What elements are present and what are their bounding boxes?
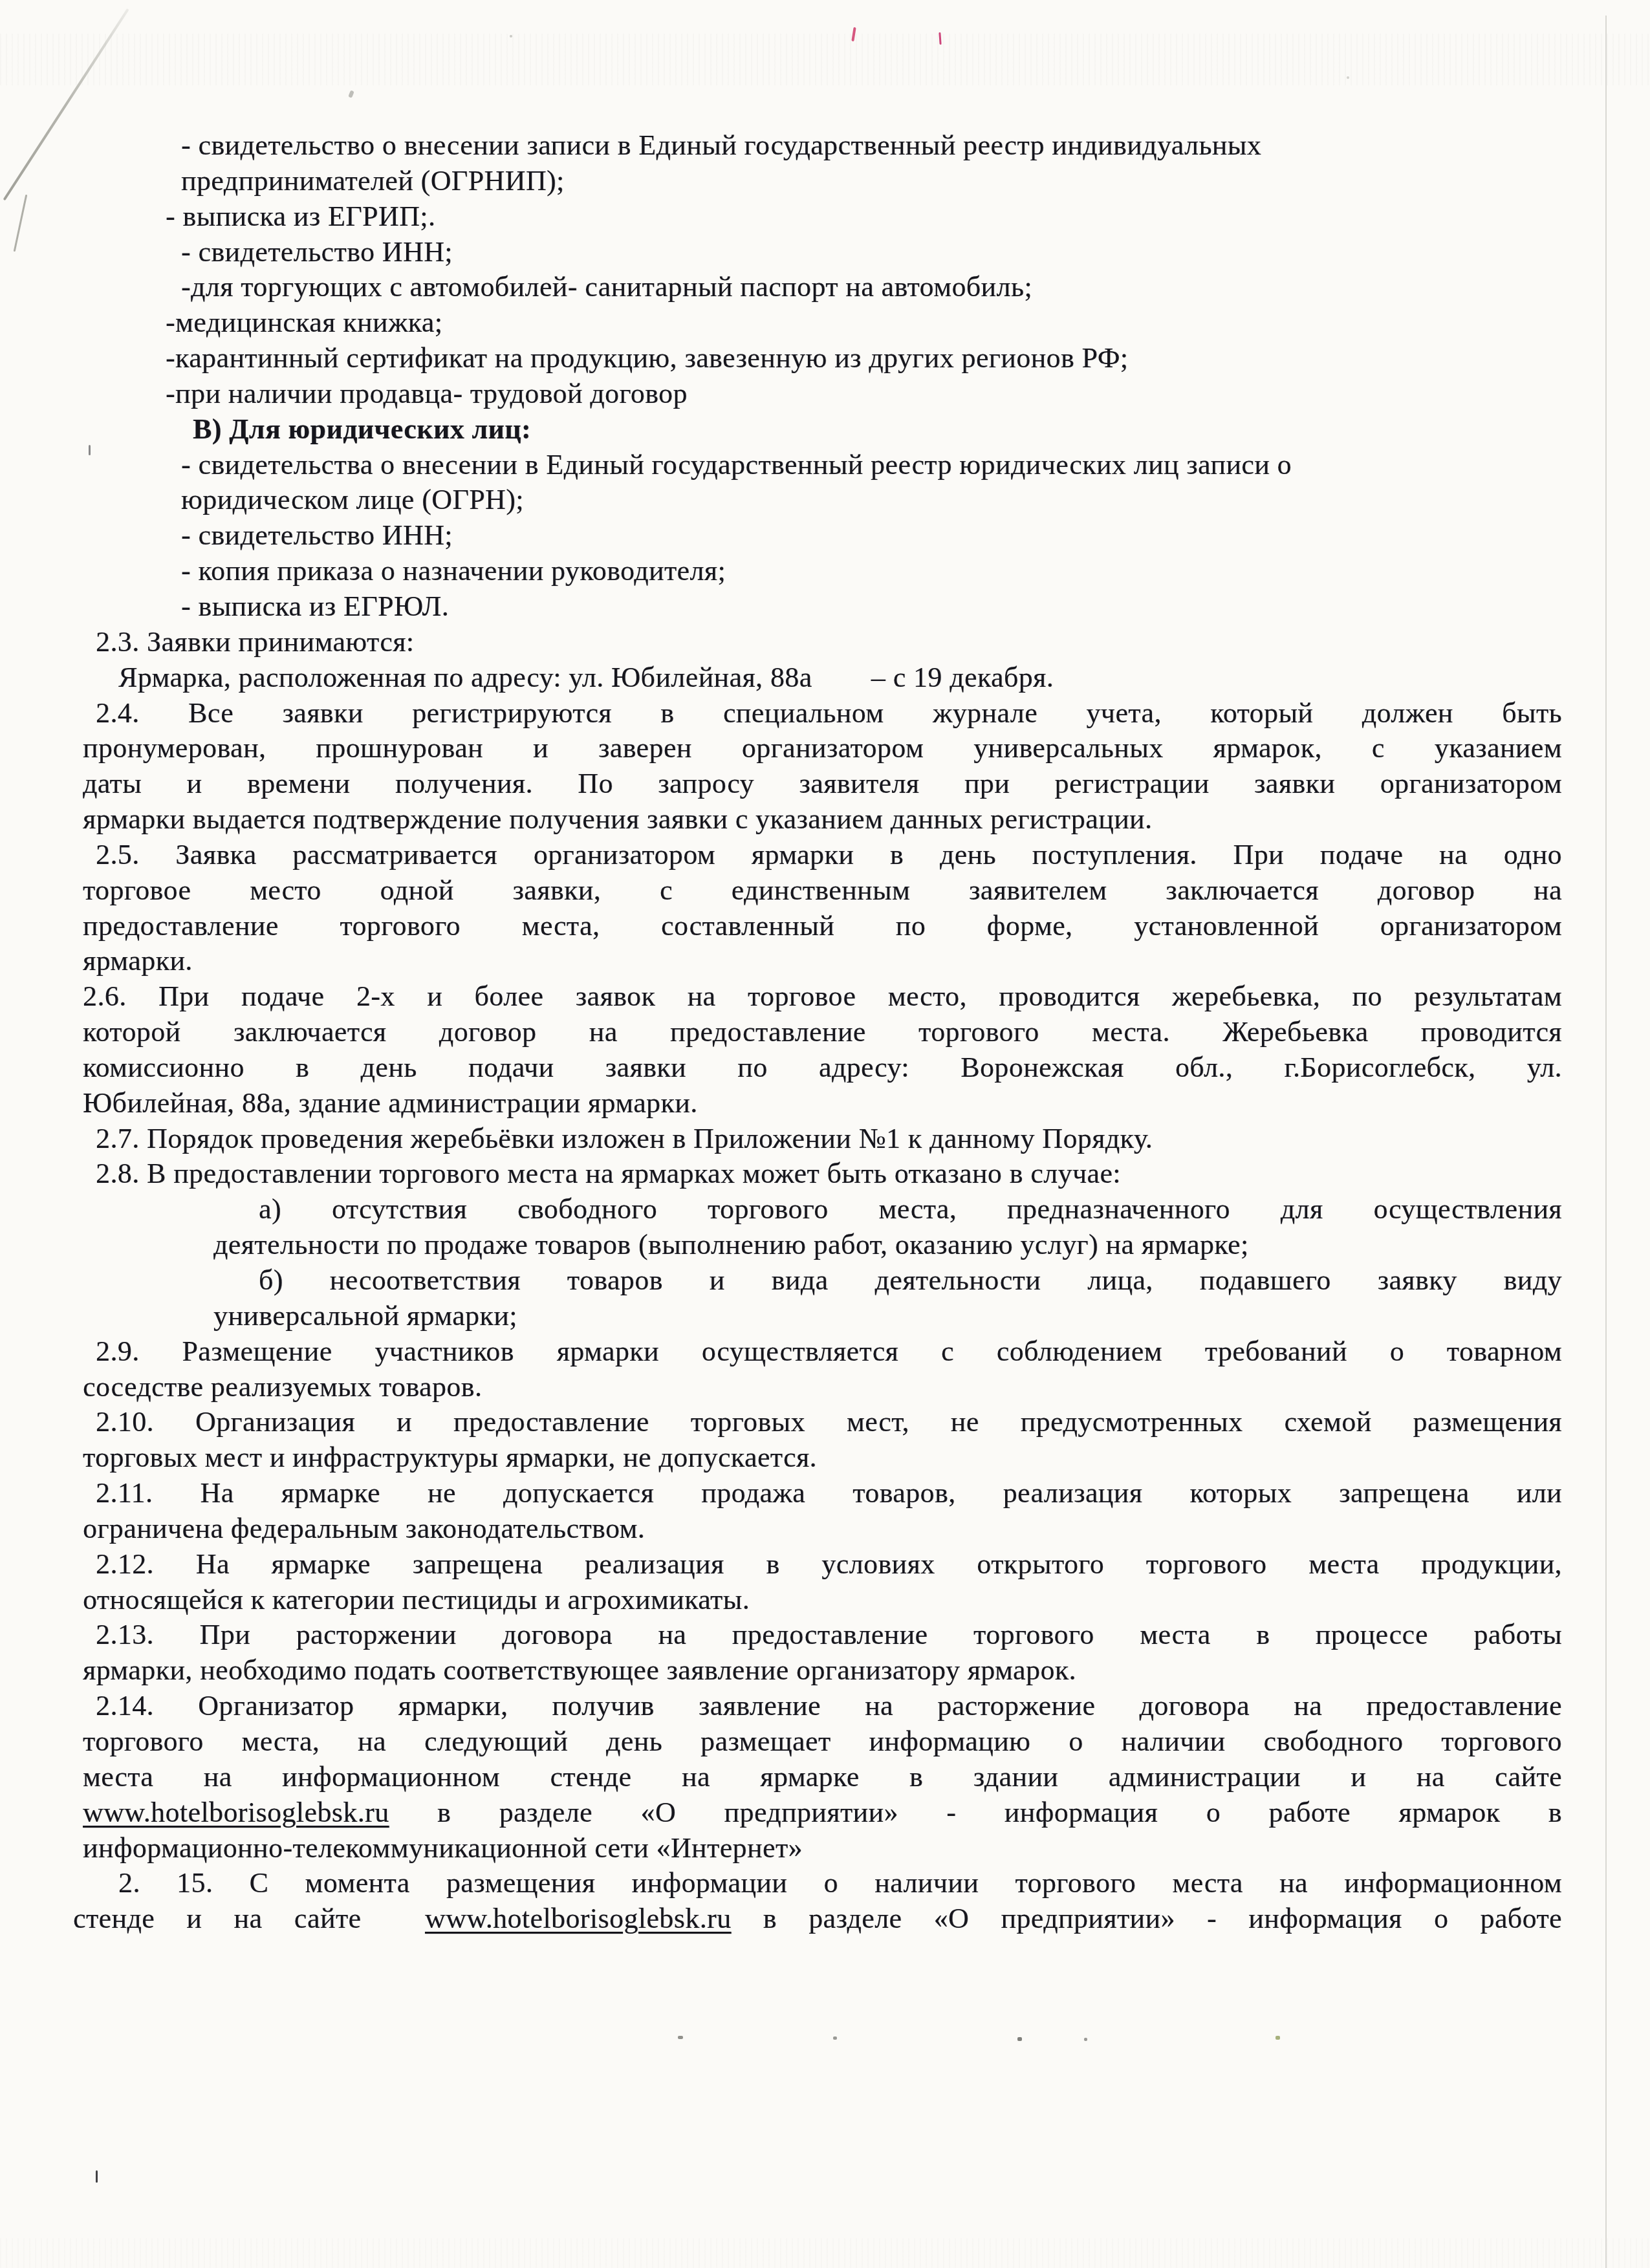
- text-segment: 2.10. Организация и предоставление торго…: [96, 1406, 1562, 1438]
- text-segment: торговых мест и инфраструктуры ярмарки, …: [83, 1442, 817, 1473]
- text-segment: в разделе «О предприятии» - информация о…: [389, 1797, 1562, 1828]
- text-line: -карантинный сертификат на продукцию, за…: [0, 341, 1650, 376]
- text-line: универсальной ярмарки;: [0, 1299, 1650, 1334]
- text-segment: предоставление торгового места, составле…: [83, 910, 1562, 942]
- text-segment: деятельности по продаже товаров (выполне…: [213, 1229, 1249, 1260]
- text-line: торговых мест и инфраструктуры ярмарки, …: [0, 1440, 1650, 1476]
- text-line: - свидетельства о внесении в Единый госу…: [0, 448, 1650, 483]
- text-line: -при наличии продавца- трудовой договор: [0, 376, 1650, 412]
- text-line: которой заключается договор на предостав…: [0, 1015, 1650, 1050]
- text-line: относящейся к категории пестициды и агро…: [0, 1582, 1650, 1618]
- text-line: соседстве реализуемых товаров.: [0, 1370, 1650, 1405]
- text-segment: 2.11. На ярмарке не допускается продажа …: [96, 1477, 1562, 1509]
- text-line: ярмарки, необходимо подать соответствующ…: [0, 1653, 1650, 1689]
- text-segment: универсальной ярмарки;: [213, 1300, 517, 1332]
- text-line: 2. 15. С момента размещения информации о…: [0, 1866, 1650, 1901]
- text-line: 2.13. При расторжении договора на предос…: [0, 1617, 1650, 1653]
- text-line: www.hotelborisoglebsk.ru в разделе «О пр…: [0, 1795, 1650, 1831]
- text-segment: ярмарки.: [83, 945, 193, 977]
- text-segment: 2.13. При расторжении договора на предос…: [96, 1619, 1562, 1650]
- text-segment: -медицинская книжка;: [166, 307, 442, 338]
- text-segment: предпринимателей (ОГРНИП);: [181, 165, 565, 197]
- text-line: даты и времени получения. По запросу зая…: [0, 766, 1650, 802]
- text-segment: стенде и на сайте: [73, 1903, 425, 1934]
- text-segment: - выписка из ЕГРИП;.: [166, 200, 435, 232]
- text-segment: 2.4. Все заявки регистрируются в специал…: [96, 697, 1562, 729]
- dust-speck: [1084, 2038, 1087, 2041]
- text-segment: ярмарки выдается подтверждение получения…: [83, 803, 1152, 835]
- text-segment: торгового места, на следующий день разме…: [83, 1725, 1562, 1757]
- dust-speck: [96, 2170, 98, 2183]
- text-segment: - свидетельства о внесении в Единый госу…: [181, 449, 1292, 481]
- text-segment: соседстве реализуемых товаров.: [83, 1371, 482, 1403]
- website-link[interactable]: www.hotelborisoglebsk.ru: [425, 1903, 732, 1934]
- text-segment: места на информационном стенде на ярмарк…: [83, 1761, 1562, 1793]
- text-segment: ярмарки, необходимо подать соответствующ…: [83, 1654, 1076, 1686]
- text-line: места на информационном стенде на ярмарк…: [0, 1760, 1650, 1795]
- scanner-streaks-bottom: [0, 2238, 1650, 2268]
- dust-speck: [678, 2036, 683, 2039]
- text-segment: Ярмарка, расположенная по адресу: ул. Юб…: [118, 662, 1054, 693]
- text-line: -для торгующих с автомобилей- санитарный…: [0, 270, 1650, 305]
- text-segment: торговое место одной заявки, с единствен…: [83, 874, 1562, 906]
- text-segment: 2.12. На ярмарке запрещена реализация в …: [96, 1548, 1562, 1580]
- text-line: 2.6. При подаче 2-х и более заявок на то…: [0, 979, 1650, 1015]
- text-line: ограничена федеральным законодательством…: [0, 1511, 1650, 1547]
- text-line: 2.9. Размещение участников ярмарки осуще…: [0, 1334, 1650, 1370]
- text-line: торговое место одной заявки, с единствен…: [0, 873, 1650, 909]
- text-segment: - свидетельство ИНН;: [181, 236, 453, 268]
- dust-speck: [1275, 2036, 1280, 2040]
- text-line: комиссионно в день подачи заявки по адре…: [0, 1050, 1650, 1086]
- text-segment: 2.14. Организатор ярмарки, получив заявл…: [96, 1690, 1562, 1722]
- text-line: предоставление торгового места, составле…: [0, 909, 1650, 944]
- text-segment: 2.9. Размещение участников ярмарки осуще…: [96, 1335, 1562, 1367]
- text-line: б) несоответствия товаров и вида деятель…: [0, 1263, 1650, 1299]
- text-segment: Юбилейная, 88а, здание администрации ярм…: [83, 1087, 698, 1119]
- dust-speck: [510, 35, 512, 38]
- dust-speck: [1347, 76, 1349, 79]
- text-segment: - свидетельство ИНН;: [181, 519, 453, 551]
- text-line: - свидетельство ИНН;: [0, 235, 1650, 270]
- text-line: ярмарки выдается подтверждение получения…: [0, 802, 1650, 837]
- text-segment: 2.8. В предоставлении торгового места на…: [96, 1158, 1121, 1189]
- text-line: 2.5. Заявка рассматривается организаторо…: [0, 837, 1650, 873]
- text-line: 2.14. Организатор ярмарки, получив заявл…: [0, 1689, 1650, 1724]
- text-segment: -при наличии продавца- трудовой договор: [166, 378, 688, 409]
- text-line: - копия приказа о назначении руководител…: [0, 554, 1650, 589]
- text-line: 2.11. На ярмарке не допускается продажа …: [0, 1476, 1650, 1511]
- website-link[interactable]: www.hotelborisoglebsk.ru: [83, 1797, 389, 1828]
- text-line: 2.4. Все заявки регистрируются в специал…: [0, 696, 1650, 731]
- text-segment: -карантинный сертификат на продукцию, за…: [166, 342, 1128, 374]
- text-segment: б) несоответствия товаров и вида деятель…: [259, 1264, 1562, 1296]
- text-line: стенде и на сайте www.hotelborisoglebsk.…: [0, 1901, 1650, 1937]
- text-line: Юбилейная, 88а, здание администрации ярм…: [0, 1086, 1650, 1121]
- text-line: деятельности по продаже товаров (выполне…: [0, 1227, 1650, 1263]
- text-segment: 2.7. Порядок проведения жеребьёвки излож…: [96, 1123, 1153, 1154]
- document-body: - свидетельство о внесении записи в Един…: [0, 128, 1650, 1937]
- text-line: предпринимателей (ОГРНИП);: [0, 164, 1650, 199]
- text-line: - свидетельство о внесении записи в Един…: [0, 128, 1650, 164]
- text-segment: В) Для юридических лиц:: [193, 413, 531, 445]
- scanner-streaks-top: [0, 34, 1650, 85]
- text-segment: ограничена федеральным законодательством…: [83, 1513, 645, 1544]
- text-line: юридическом лице (ОГРН);: [0, 482, 1650, 518]
- text-segment: - свидетельство о внесении записи в Един…: [181, 129, 1261, 161]
- text-line: 2.7. Порядок проведения жеребьёвки излож…: [0, 1121, 1650, 1157]
- text-line: торгового места, на следующий день разме…: [0, 1724, 1650, 1760]
- text-segment: -для торгующих с автомобилей- санитарный…: [181, 271, 1032, 303]
- text-line: -медицинская книжка;: [0, 305, 1650, 341]
- text-segment: которой заключается договор на предостав…: [83, 1016, 1562, 1048]
- text-line: 2.12. На ярмарке запрещена реализация в …: [0, 1547, 1650, 1582]
- text-line: информационно-телекоммуникационной сети …: [0, 1831, 1650, 1866]
- text-segment: 2.5. Заявка рассматривается организаторо…: [96, 839, 1562, 870]
- text-line: а) отсутствия свободного торгового места…: [0, 1192, 1650, 1227]
- dust-speck: [833, 2036, 837, 2040]
- text-line: - выписка из ЕГРЮЛ.: [0, 589, 1650, 625]
- text-line: В) Для юридических лиц:: [0, 412, 1650, 448]
- text-line: - свидетельство ИНН;: [0, 518, 1650, 554]
- text-line: ярмарки.: [0, 944, 1650, 979]
- text-segment: а) отсутствия свободного торгового места…: [259, 1193, 1562, 1225]
- dust-speck: [348, 90, 354, 98]
- text-segment: информационно-телекоммуникационной сети …: [83, 1832, 803, 1864]
- text-line: пронумерован, прошнурован и заверен орга…: [0, 731, 1650, 766]
- text-line: Ярмарка, расположенная по адресу: ул. Юб…: [0, 660, 1650, 696]
- text-line: - выписка из ЕГРИП;.: [0, 199, 1650, 235]
- scanned-document-page: - свидетельство о внесении записи в Един…: [0, 0, 1650, 2268]
- text-segment: относящейся к категории пестициды и агро…: [83, 1584, 750, 1615]
- text-segment: комиссионно в день подачи заявки по адре…: [83, 1052, 1562, 1083]
- text-segment: - выписка из ЕГРЮЛ.: [181, 590, 449, 622]
- text-segment: даты и времени получения. По запросу зая…: [83, 768, 1562, 799]
- text-segment: 2. 15. С момента размещения информации о…: [118, 1867, 1562, 1899]
- text-line: 2.8. В предоставлении торгового места на…: [0, 1156, 1650, 1192]
- text-segment: 2.3. Заявки принимаются:: [96, 626, 414, 658]
- text-line: 2.3. Заявки принимаются:: [0, 625, 1650, 660]
- text-segment: - копия приказа о назначении руководител…: [181, 555, 726, 587]
- dust-speck: [1017, 2037, 1022, 2041]
- text-segment: пронумерован, прошнурован и заверен орга…: [83, 732, 1562, 764]
- text-segment: юридическом лице (ОГРН);: [181, 484, 524, 515]
- text-segment: 2.6. При подаче 2-х и более заявок на то…: [83, 980, 1562, 1012]
- text-line: 2.10. Организация и предоставление торго…: [0, 1405, 1650, 1440]
- text-segment: в разделе «О предприятии» - информация о…: [732, 1903, 1562, 1934]
